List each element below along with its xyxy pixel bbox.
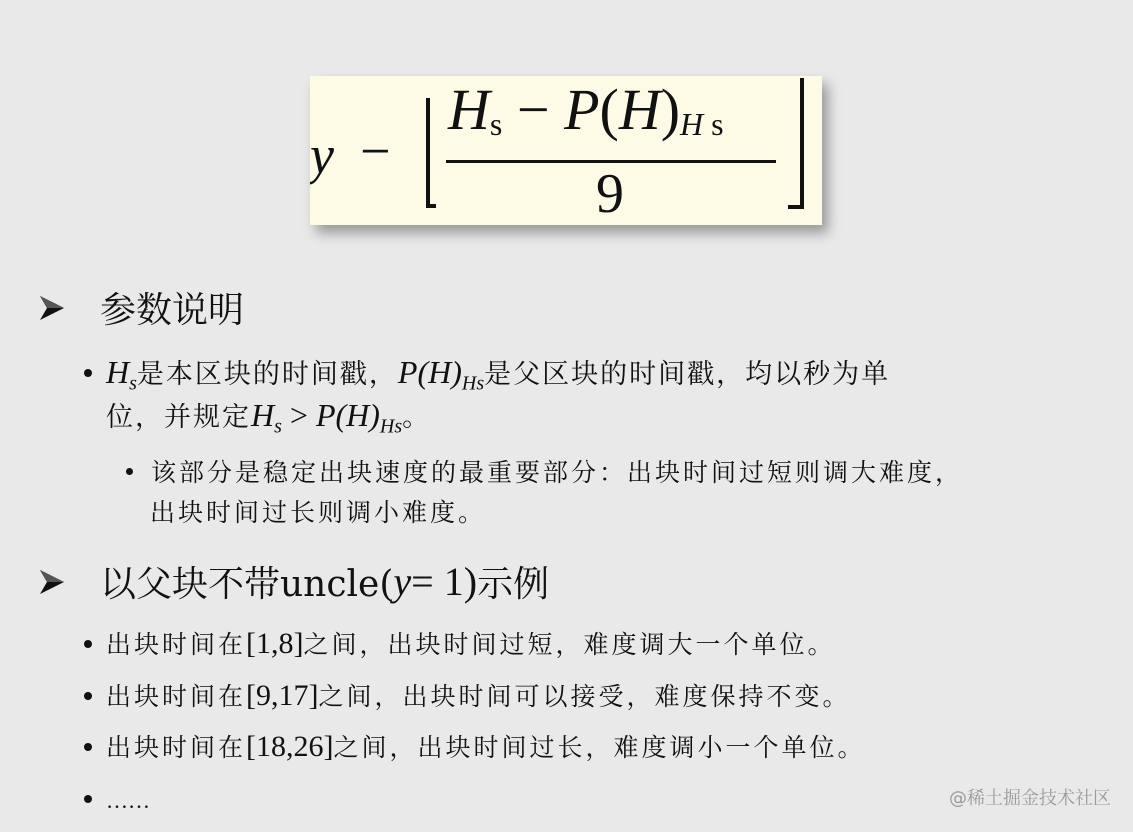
floor-bracket-left <box>426 98 436 208</box>
example-item-ellipsis: …… <box>84 780 150 821</box>
item-post: 之间，出块时间可以接受，难度保持不变。 <box>319 682 851 711</box>
bullet-dot-icon <box>84 743 92 751</box>
math-phhs-2: P(H) <box>316 397 380 433</box>
item-range: [9,17] <box>246 679 318 712</box>
item-pre: 出块时间在 <box>106 630 246 659</box>
math-phhs: P(H) <box>398 354 462 390</box>
text-rule: 位，并规定 <box>106 402 251 433</box>
math-hs-2-sub: s <box>274 415 282 437</box>
item-post: 之间，出块时间过短，难度调大一个单位。 <box>304 630 836 659</box>
math-phhs-2-sub: Hs <box>380 415 402 437</box>
example-title-suffix: 示例 <box>477 556 549 607</box>
math-phhs-sub: Hs <box>462 372 484 394</box>
bullet-dot-icon <box>84 369 92 377</box>
item-ellipsis: …… <box>106 788 150 813</box>
item-post: 之间，出块时间过长，难度调小一个单位。 <box>334 733 866 762</box>
item-pre: 出块时间在 <box>106 733 246 762</box>
math-hs: H <box>106 354 129 390</box>
numerator-p-sub: H s <box>680 106 724 142</box>
text-parent-block: 是父区块的时间戳，均以秒为单 <box>484 359 890 390</box>
math-hs-sub: s <box>129 372 137 394</box>
paren-open: ( <box>600 77 619 142</box>
numerator-h: H <box>448 77 490 142</box>
sub-bullet-importance: 该部分是稳定出块速度的最重要部分：出块时间过短则调大难度， <box>126 452 963 494</box>
text-period: 。 <box>402 402 431 433</box>
sub-h: H <box>680 106 703 142</box>
item-pre: 出块时间在 <box>106 682 246 711</box>
arrowhead-bullet-icon <box>38 568 66 596</box>
bullet-dot-icon <box>84 692 92 700</box>
example-title-y: y <box>393 558 411 605</box>
section-title: 参数说明 <box>100 282 244 333</box>
bullet-dot-icon <box>84 640 92 648</box>
formula-minus: − <box>360 120 390 182</box>
bullet-timestamp-desc-cont: 位，并规定Hs > P(H)Hs。 <box>106 393 431 448</box>
sub-bullet-importance-cont: 出块时间过长则调小难度。 <box>150 492 486 534</box>
numerator-op: − <box>502 77 564 142</box>
formula-box: y − Hs − P(H)H s 9 <box>310 76 822 225</box>
math-gt: > <box>282 397 316 433</box>
item-range: [18,26] <box>246 730 333 763</box>
example-title-prefix: 以父块不带uncle( <box>100 556 393 607</box>
example-title-eq: = 1) <box>411 558 477 605</box>
numerator-p: P <box>564 77 599 142</box>
numerator-h-sub: s <box>490 106 502 142</box>
bullet-dot-icon <box>84 795 92 803</box>
example-item-short: 出块时间在[1,8]之间，出块时间过短，难度调大一个单位。 <box>84 624 836 665</box>
floor-bracket-right <box>788 78 804 209</box>
paren-close: ) <box>661 77 680 142</box>
example-item-ok: 出块时间在[9,17]之间，出块时间可以接受，难度保持不变。 <box>84 676 851 717</box>
formula-denominator: 9 <box>596 162 624 225</box>
section-heading-params: 参数说明 <box>38 282 244 333</box>
sub-bullet-line2: 出块时间过长则调小难度。 <box>150 498 486 527</box>
text-current-block: 是本区块的时间戳， <box>137 359 398 390</box>
sub-s: s <box>703 106 723 142</box>
arrowhead-bullet-icon <box>38 294 66 322</box>
example-item-long: 出块时间在[18,26]之间，出块时间过长，难度调小一个单位。 <box>84 727 866 768</box>
section-heading-example: 以父块不带uncle(y = 1)示例 <box>38 556 549 607</box>
formula-numerator: Hs − P(H)H s <box>448 76 724 143</box>
bullet-dot-icon <box>126 468 133 475</box>
watermark: @稀土掘金技术社区 <box>949 784 1111 810</box>
sub-bullet-line1: 该部分是稳定出块速度的最重要部分：出块时间过短则调大难度， <box>151 458 963 487</box>
formula-y: y <box>310 124 334 186</box>
math-hs-2: H <box>251 397 274 433</box>
paren-h: H <box>619 77 661 142</box>
item-range: [1,8] <box>246 627 303 660</box>
